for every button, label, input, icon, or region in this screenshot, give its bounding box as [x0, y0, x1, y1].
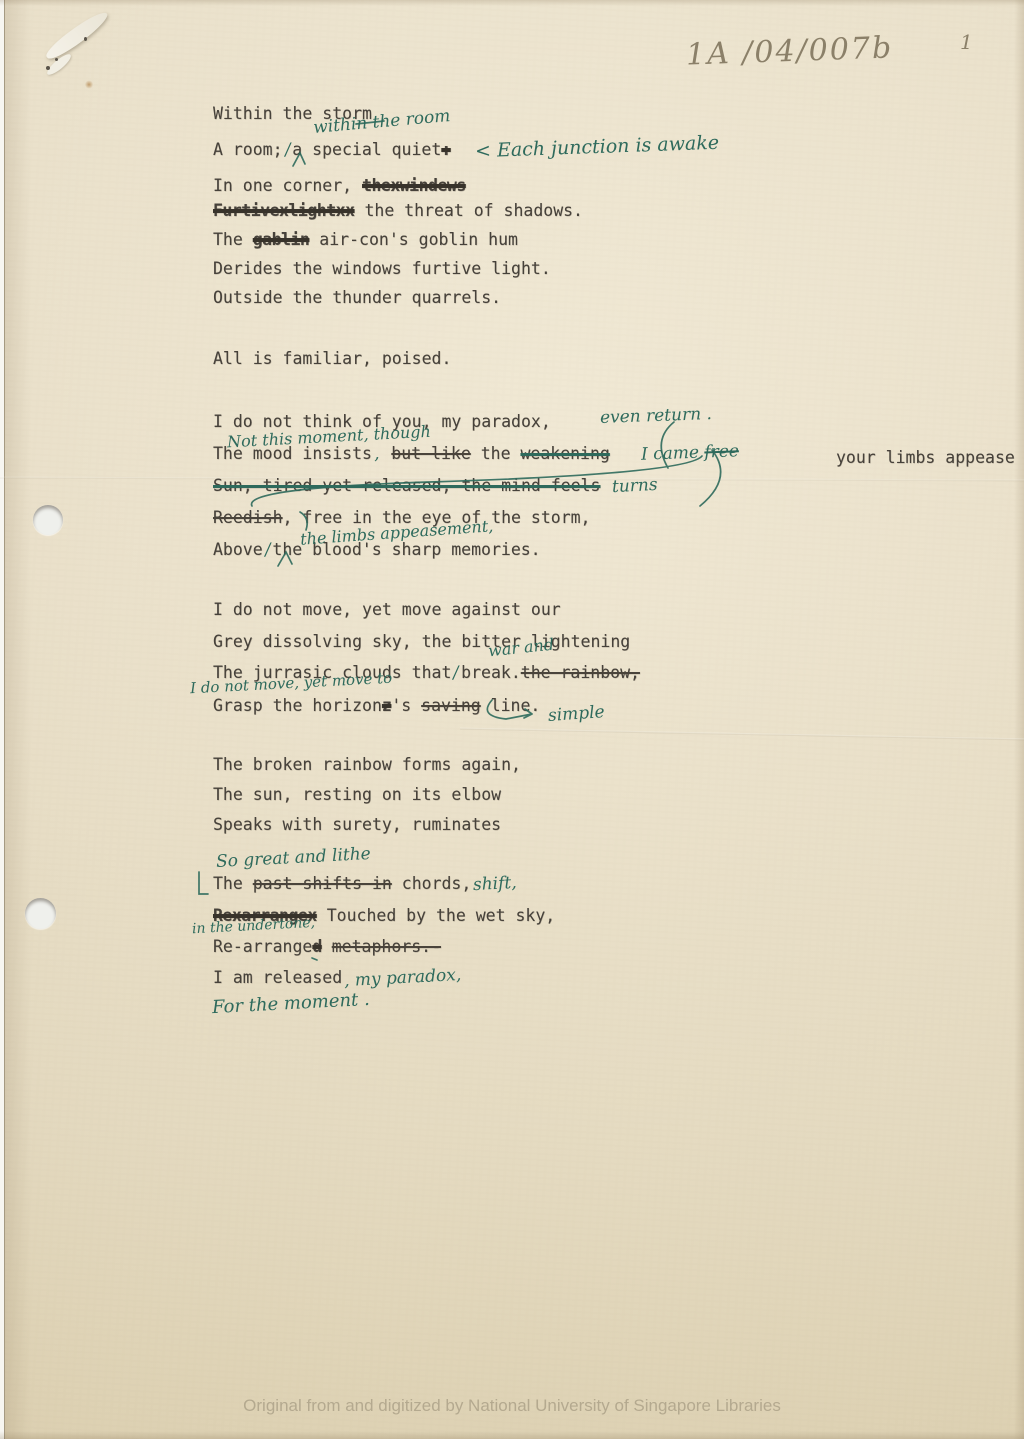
stanza-1b: Furtivexlightxx the threat of shadows.Th…	[213, 196, 583, 312]
poem-line: A room;/a special quiet:	[213, 132, 466, 168]
typed-segment: In one corner,	[213, 176, 362, 195]
typed-segment: weakening	[520, 444, 609, 463]
poem-line: Grey dissolving sky, the bitter lighteni…	[213, 626, 640, 658]
typed-segment: 's	[391, 696, 421, 715]
typed-segment: Touched by the wet sky,	[317, 906, 555, 925]
handwritten-segment: /	[264, 534, 271, 566]
typed-segment: Grasp the horizon	[213, 696, 382, 715]
handwritten-segment: /	[284, 132, 292, 168]
typed-segment: line.	[481, 696, 541, 715]
typed-segment: Re-arrange	[213, 937, 312, 956]
typed-segment: The	[213, 230, 253, 249]
punch-hole	[25, 898, 56, 929]
paper-edge-shadow	[1014, 0, 1024, 1439]
poem-line: The sun, resting on its elbow	[213, 780, 521, 810]
typed-segment: I do not move, yet move against our	[213, 600, 561, 619]
annotation-text: I came	[641, 443, 705, 465]
typed-segment: metaphors.-	[332, 937, 441, 956]
poem-line: Speaks with surety, ruminates	[213, 810, 521, 840]
annotation-even-return: even return .	[600, 404, 713, 428]
typed-segment: Reedish	[213, 508, 283, 527]
typed-segment: saving	[421, 696, 481, 715]
typed-segment: break.	[461, 663, 521, 682]
typed-segment: Furtivexlightxx	[213, 201, 355, 220]
annotation-struck-word: free	[704, 441, 739, 462]
typed-segment: :	[441, 140, 450, 159]
paper-speck	[55, 58, 58, 61]
typed-segment: a special quiet	[292, 140, 441, 159]
typed-segment	[381, 444, 391, 463]
archive-reference-number: 1A /04/007b	[685, 30, 893, 72]
handwritten-segment: shift,	[473, 868, 518, 901]
stanza-2: All is familiar, poised.	[213, 344, 451, 373]
typed-segment: Speaks with surety, ruminates	[213, 815, 501, 834]
typed-segment	[600, 476, 610, 495]
typed-segment: the threat of shadows.	[355, 201, 583, 220]
paper-speck	[84, 37, 87, 41]
paper-edge-shadow	[0, 0, 1024, 6]
typed-segment: chords,	[392, 874, 471, 893]
typed-segment: the rainbow,	[521, 663, 640, 682]
paper-stain	[85, 80, 93, 89]
poem-line: Outside the thunder quarrels.	[213, 283, 583, 312]
poem-line: I do not move, yet move against our	[213, 594, 640, 626]
stanza-4: I do not move, yet move against ourGrey …	[213, 594, 640, 721]
annotation-i-came-free: I came free	[641, 441, 740, 464]
typed-segment: The broken rainbow forms again,	[213, 755, 521, 774]
typed-segment: The	[213, 874, 253, 893]
typed-segment: Above	[213, 540, 263, 559]
typed-segment: gablin	[253, 230, 310, 249]
stanza-5: The broken rainbow forms again,The sun, …	[213, 750, 521, 840]
poem-line: The broken rainbow forms again,	[213, 750, 521, 780]
library-watermark: Original from and digitized by National …	[0, 1396, 1024, 1416]
typed-segment	[322, 937, 332, 956]
poem-line: I am released, my paradox,	[213, 962, 555, 994]
typed-segment: Grey dissolving sky, the bitter lighteni…	[213, 632, 630, 651]
poem-line: All is familiar, poised.	[213, 344, 451, 373]
poem-line: The past shifts in chords,shift,	[213, 868, 555, 900]
typed-segment: A room;	[213, 140, 283, 159]
annotation-simple: simple	[547, 702, 605, 726]
poem-line: Re-arranged metaphors.-	[213, 931, 555, 962]
typed-segment: All is familiar, poised.	[213, 349, 451, 368]
poem-line: The gablin air-con's goblin hum	[213, 225, 583, 254]
punch-hole	[33, 505, 63, 535]
margin-typed-line: your limbs appease	[836, 448, 1015, 467]
poem-line: Furtivexlightxx the threat of shadows.	[213, 196, 583, 225]
typed-segment: Derides the windows furtive light.	[213, 259, 551, 278]
typed-segment: past shifts in	[253, 874, 392, 893]
page-number: 1	[960, 30, 973, 54]
paper-edge-shadow	[5, 0, 31, 1439]
typed-segment: d	[312, 937, 321, 956]
typed-segment: but like	[391, 444, 470, 463]
poem-line: Derides the windows furtive light.	[213, 254, 583, 283]
paper-edge-shadow	[0, 1431, 1024, 1439]
typed-segment: the	[471, 444, 521, 463]
handwritten-segment: /	[453, 658, 460, 690]
typed-segment: thexwindews	[362, 176, 466, 195]
paper-speck	[46, 66, 50, 70]
typed-segment: Sun, tired yet released, the mind feels	[213, 476, 600, 495]
handwritten-segment: turns	[612, 469, 659, 503]
typed-segment: Outside the thunder quarrels.	[213, 288, 501, 307]
typed-segment: The sun, resting on its elbow	[213, 785, 501, 804]
typed-segment: I am released	[213, 968, 342, 987]
typed-segment: air-con's goblin hum	[309, 230, 518, 249]
poem-line: Sun, tired yet released, the mind feels …	[213, 470, 660, 502]
typed-segment: z	[382, 696, 391, 715]
